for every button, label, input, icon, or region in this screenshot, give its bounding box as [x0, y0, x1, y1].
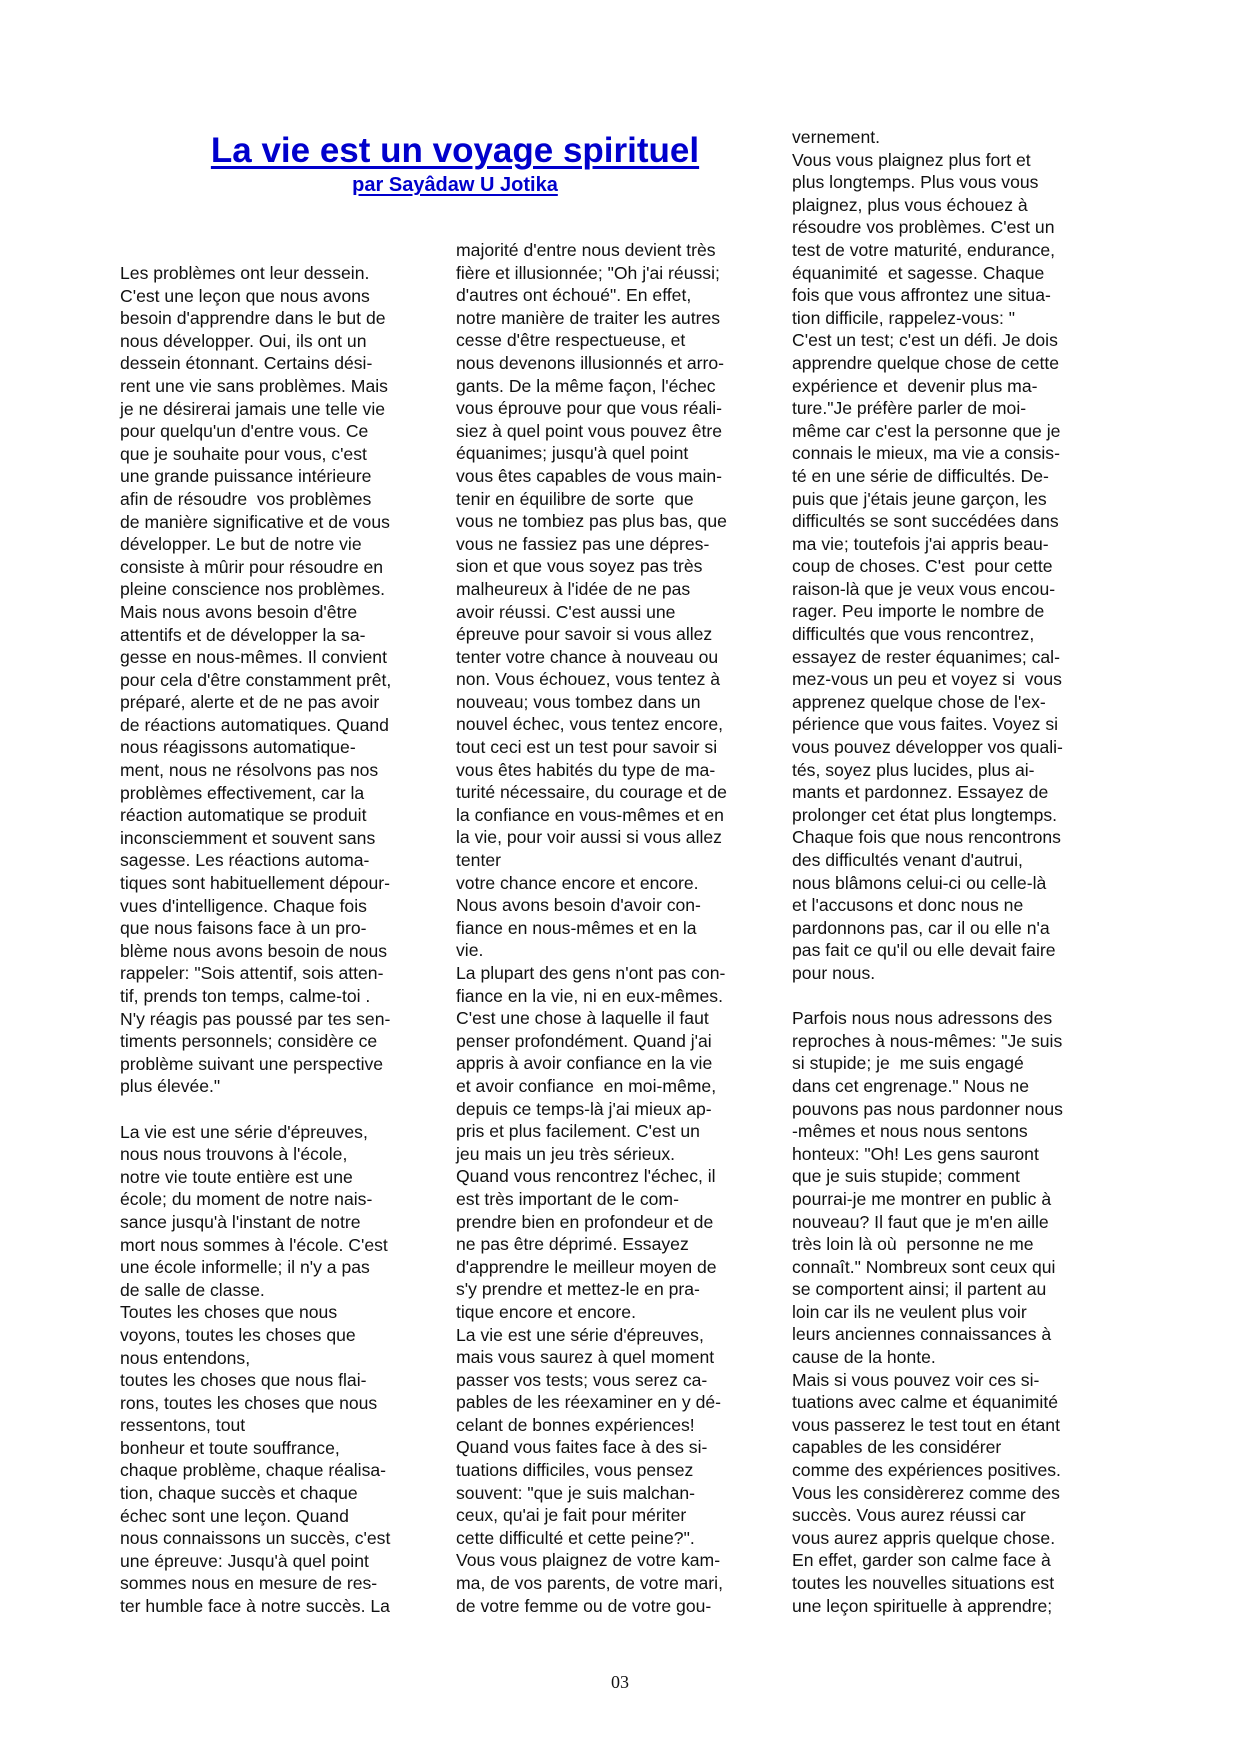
- text-line: non. Vous échouez, vous tentez à: [456, 668, 727, 691]
- text-line: tif, prends ton temps, calme-toi .: [120, 985, 391, 1008]
- text-line: dessein étonnant. Certains dési-: [120, 352, 391, 375]
- text-line: s'y prendre et mettez-le en pra-: [456, 1278, 727, 1301]
- text-line: de manière significative et de vous: [120, 511, 391, 534]
- text-line: capables de les considérer: [792, 1436, 1063, 1459]
- text-line: sommes nous en mesure de res-: [120, 1572, 391, 1595]
- text-line: ter humble face à notre succès. La: [120, 1595, 391, 1618]
- text-line: dans cet engrenage." Nous ne: [792, 1075, 1063, 1098]
- text-line: La vie est une série d'épreuves,: [120, 1121, 391, 1144]
- text-line: Mais nous avons besoin d'être: [120, 601, 391, 624]
- text-line: nouveau; vous tombez dans un: [456, 691, 727, 714]
- text-line: sance jusqu'à l'instant de notre: [120, 1211, 391, 1234]
- text-line: tion, chaque succès et chaque: [120, 1482, 391, 1505]
- text-line: que nous faisons face à un pro-: [120, 917, 391, 940]
- text-line: école; du moment de notre nais-: [120, 1188, 391, 1211]
- text-line: pardonnons pas, car il ou elle n'a: [792, 917, 1063, 940]
- text-line: Vous vous plaignez plus fort et: [792, 149, 1063, 172]
- text-line: de votre femme ou de votre gou-: [456, 1595, 727, 1618]
- text-line: Chaque fois que nous rencontrons: [792, 826, 1063, 849]
- text-line: nouveau? Il faut que je m'en aille: [792, 1211, 1063, 1234]
- text-line: tion difficile, rappelez-vous: ": [792, 307, 1063, 330]
- text-line: penser profondément. Quand j'ai: [456, 1030, 727, 1053]
- text-line: La vie est une série d'épreuves,: [456, 1324, 727, 1347]
- article-header: La vie est un voyage spirituel par Sayâd…: [120, 130, 790, 198]
- text-line: Quand vous rencontrez l'échec, il: [456, 1165, 727, 1188]
- text-line: reproches à nous-mêmes: "Je suis: [792, 1030, 1063, 1053]
- text-line: succès. Vous aurez réussi car: [792, 1504, 1063, 1527]
- text-line: préparé, alerte et de ne pas avoir: [120, 691, 391, 714]
- text-line: rons, toutes les choses que nous: [120, 1392, 391, 1415]
- text-line: expérience et devenir plus ma-: [792, 375, 1063, 398]
- text-line: connais le mieux, ma vie a consis-: [792, 442, 1063, 465]
- text-line: pour nous.: [792, 962, 1063, 985]
- text-line: nouvel échec, vous tentez encore,: [456, 713, 727, 736]
- text-line: se comportent ainsi; il partent au: [792, 1278, 1063, 1301]
- text-line: puis que j'étais jeune garçon, les: [792, 488, 1063, 511]
- text-line: celant de bonnes expériences!: [456, 1414, 727, 1437]
- text-line: de réactions automatiques. Quand: [120, 714, 391, 737]
- text-line: vous ne tombiez pas plus bas, que: [456, 510, 727, 533]
- text-line: apprenez quelque chose de l'ex-: [792, 691, 1063, 714]
- text-line: ture."Je préfère parler de moi-: [792, 397, 1063, 420]
- text-line: pables de les réexaminer en y dé-: [456, 1391, 727, 1414]
- text-line: malheureux à l'idée de ne pas: [456, 578, 727, 601]
- text-line: tenter: [456, 849, 727, 872]
- text-line: depuis ce temps-là j'ai mieux ap-: [456, 1098, 727, 1121]
- text-line: prendre bien en profondeur et de: [456, 1211, 727, 1234]
- text-line: tenter votre chance à nouveau ou: [456, 646, 727, 669]
- text-line: sagesse. Les réactions automa-: [120, 849, 391, 872]
- text-line: vous êtes capables de vous main-: [456, 465, 727, 488]
- text-line: toutes les choses que nous flai-: [120, 1369, 391, 1392]
- text-line: Quand vous faites face à des si-: [456, 1436, 727, 1459]
- text-line: sion et que vous soyez pas très: [456, 555, 727, 578]
- text-line: notre vie toute entière est une: [120, 1166, 391, 1189]
- text-line: turité nécessaire, du courage et de: [456, 781, 727, 804]
- text-line: mort nous sommes à l'école. C'est: [120, 1234, 391, 1257]
- text-line: Mais si vous pouvez voir ces si-: [792, 1369, 1063, 1392]
- text-line: tés, soyez plus lucides, plus ai-: [792, 759, 1063, 782]
- text-line: plus élevée.": [120, 1075, 391, 1098]
- text-line: cette difficulté et cette peine?".: [456, 1527, 727, 1550]
- text-line: pris et plus facilement. C'est un: [456, 1120, 727, 1143]
- text-line: je ne désirerai jamais une telle vie: [120, 398, 391, 421]
- text-line: développer. Le but de notre vie: [120, 533, 391, 556]
- text-column-2: majorité d'entre nous devient trèsfière …: [456, 239, 727, 1617]
- text-line: attentifs et de développer la sa-: [120, 624, 391, 647]
- text-line: N'y réagis pas poussé par tes sen-: [120, 1008, 391, 1031]
- text-line: problèmes effectivement, car la: [120, 782, 391, 805]
- text-line: une école informelle; il n'y a pas: [120, 1256, 391, 1279]
- text-line: loin car ils ne veulent plus voir: [792, 1301, 1063, 1324]
- text-line: apprendre quelque chose de cette: [792, 352, 1063, 375]
- text-line: besoin d'apprendre dans le but de: [120, 307, 391, 330]
- article-title: La vie est un voyage spirituel: [211, 130, 699, 172]
- text-line: connaît." Nombreux sont ceux qui: [792, 1256, 1063, 1279]
- text-line: réaction automatique se produit: [120, 804, 391, 827]
- text-line: La plupart des gens n'ont pas con-: [456, 962, 727, 985]
- text-line: tout ceci est un test pour savoir si: [456, 736, 727, 759]
- text-line: ne pas être déprimé. Essayez: [456, 1233, 727, 1256]
- text-line: [792, 985, 1063, 1008]
- text-line: Toutes les choses que nous: [120, 1301, 391, 1324]
- text-line: majorité d'entre nous devient très: [456, 239, 727, 262]
- text-line: cause de la honte.: [792, 1346, 1063, 1369]
- text-line: de salle de classe.: [120, 1279, 391, 1302]
- text-line: d'apprendre le meilleur moyen de: [456, 1256, 727, 1279]
- text-line: pouvons pas nous pardonner nous: [792, 1098, 1063, 1121]
- text-line: vous êtes habités du type de ma-: [456, 759, 727, 782]
- text-line: même car c'est la personne que je: [792, 420, 1063, 443]
- text-line: difficultés que vous rencontrez,: [792, 623, 1063, 646]
- text-line: leurs anciennes connaissances à: [792, 1323, 1063, 1346]
- text-line: vous ne fassiez pas une dépres-: [456, 533, 727, 556]
- text-line: ment, nous ne résolvons pas nos: [120, 759, 391, 782]
- text-line: difficultés se sont succédées dans: [792, 510, 1063, 533]
- text-line: nous blâmons celui-ci ou celle-là: [792, 872, 1063, 895]
- text-line: timents personnels; considère ce: [120, 1030, 391, 1053]
- text-line: Nous avons besoin d'avoir con-: [456, 894, 727, 917]
- text-line: passer vos tests; vous serez ca-: [456, 1369, 727, 1392]
- text-line: résoudre vos problèmes. C'est un: [792, 216, 1063, 239]
- text-line: est très important de le com-: [456, 1188, 727, 1211]
- text-line: vous pouvez développer vos quali-: [792, 736, 1063, 759]
- text-line: inconsciemment et souvent sans: [120, 827, 391, 850]
- text-column-3: vernement.Vous vous plaignez plus fort e…: [792, 126, 1063, 1617]
- text-line: la vie, pour voir aussi si vous allez: [456, 826, 727, 849]
- text-line: épreuve pour savoir si vous allez: [456, 623, 727, 646]
- text-line: nous devenons illusionnés et arro-: [456, 352, 727, 375]
- text-line: siez à quel point vous pouvez être: [456, 420, 727, 443]
- text-line: fiance en la vie, ni en eux-mêmes.: [456, 985, 727, 1008]
- text-line: vous éprouve pour que vous réali-: [456, 397, 727, 420]
- text-line: toutes les nouvelles situations est: [792, 1572, 1063, 1595]
- text-line: nous réagissons automatique-: [120, 736, 391, 759]
- text-line: vernement.: [792, 126, 1063, 149]
- text-line: -mêmes et nous nous sentons: [792, 1120, 1063, 1143]
- text-line: ressentons, tout: [120, 1414, 391, 1437]
- text-line: ma, de vos parents, de votre mari,: [456, 1572, 727, 1595]
- text-line: C'est une chose à laquelle il faut: [456, 1007, 727, 1030]
- text-line: vous passerez le test tout en étant: [792, 1414, 1063, 1437]
- text-line: des difficultés venant d'autrui,: [792, 849, 1063, 872]
- text-line: souvent: "que je suis malchan-: [456, 1482, 727, 1505]
- text-line: notre manière de traiter les autres: [456, 307, 727, 330]
- text-line: mais vous saurez à quel moment: [456, 1346, 727, 1369]
- text-line: tiques sont habituellement dépour-: [120, 872, 391, 895]
- text-line: plaignez, plus vous échouez à: [792, 194, 1063, 217]
- text-line: mez-vous un peu et voyez si vous: [792, 668, 1063, 691]
- text-line: si stupide; je me suis engagé: [792, 1052, 1063, 1075]
- text-line: ceux, qu'ai je fait pour mériter: [456, 1504, 727, 1527]
- text-line: Vous vous plaignez de votre kam-: [456, 1549, 727, 1572]
- text-line: coup de choses. C'est pour cette: [792, 555, 1063, 578]
- text-line: [120, 1098, 391, 1121]
- text-line: et avoir confiance en moi-même,: [456, 1075, 727, 1098]
- text-line: fière et illusionnée; "Oh j'ai réussi;: [456, 262, 727, 285]
- text-column-1: Les problèmes ont leur dessein.C'est une…: [120, 262, 391, 1618]
- text-line: consiste à mûrir pour résoudre en: [120, 556, 391, 579]
- text-line: rappeler: "Sois attentif, sois atten-: [120, 962, 391, 985]
- text-line: Parfois nous nous adressons des: [792, 1007, 1063, 1030]
- text-line: tenir en équilibre de sorte que: [456, 488, 727, 511]
- text-line: avoir réussi. C'est aussi une: [456, 601, 727, 624]
- text-line: chaque problème, chaque réalisa-: [120, 1459, 391, 1482]
- text-line: que je souhaite pour vous, c'est: [120, 443, 391, 466]
- text-line: Vous les considèrerez comme des: [792, 1482, 1063, 1505]
- text-line: une leçon spirituelle à apprendre;: [792, 1595, 1063, 1618]
- text-line: C'est une leçon que nous avons: [120, 285, 391, 308]
- text-line: comme des expériences positives.: [792, 1459, 1063, 1482]
- text-line: fois que vous affrontez une situa-: [792, 284, 1063, 307]
- text-line: nous entendons,: [120, 1347, 391, 1370]
- article-author: par Sayâdaw U Jotika: [352, 172, 558, 198]
- page-number: 03: [0, 1672, 1240, 1693]
- text-line: équanimes; jusqu'à quel point: [456, 442, 727, 465]
- text-line: la confiance en vous-mêmes et en: [456, 804, 727, 827]
- text-line: essayez de rester équanimes; cal-: [792, 646, 1063, 669]
- text-line: périence que vous faites. Voyez si: [792, 713, 1063, 736]
- text-line: pourrai-je me montrer en public à: [792, 1188, 1063, 1211]
- text-line: nous développer. Oui, ils ont un: [120, 330, 391, 353]
- text-line: nous connaissons un succès, c'est: [120, 1527, 391, 1550]
- text-line: gants. De la même façon, l'échec: [456, 375, 727, 398]
- text-line: raison-là que je veux vous encou-: [792, 578, 1063, 601]
- text-line: d'autres ont échoué". En effet,: [456, 284, 727, 307]
- text-line: prolonger cet état plus longtemps.: [792, 804, 1063, 827]
- text-line: problème suivant une perspective: [120, 1053, 391, 1076]
- text-line: jeu mais un jeu très sérieux.: [456, 1143, 727, 1166]
- text-line: blème nous avons besoin de nous: [120, 940, 391, 963]
- text-line: vie.: [456, 939, 727, 962]
- text-line: pleine conscience nos problèmes.: [120, 578, 391, 601]
- text-line: fiance en nous-mêmes et en la: [456, 917, 727, 940]
- text-line: pour cela d'être constamment prêt,: [120, 669, 391, 692]
- text-line: cesse d'être respectueuse, et: [456, 329, 727, 352]
- text-line: Les problèmes ont leur dessein.: [120, 262, 391, 285]
- text-line: plus longtemps. Plus vous vous: [792, 171, 1063, 194]
- text-line: afin de résoudre vos problèmes: [120, 488, 391, 511]
- text-line: appris à avoir confiance en la vie: [456, 1052, 727, 1075]
- text-line: tuations avec calme et équanimité: [792, 1391, 1063, 1414]
- text-line: gesse en nous-mêmes. Il convient: [120, 646, 391, 669]
- text-line: mants et pardonnez. Essayez de: [792, 781, 1063, 804]
- text-line: pour quelqu'un d'entre vous. Ce: [120, 420, 391, 443]
- text-line: équanimité et sagesse. Chaque: [792, 262, 1063, 285]
- text-line: et l'accusons et donc nous ne: [792, 894, 1063, 917]
- text-line: té en une série de difficultés. De-: [792, 465, 1063, 488]
- text-line: test de votre maturité, endurance,: [792, 239, 1063, 262]
- text-line: tique encore et encore.: [456, 1301, 727, 1324]
- text-line: vous aurez appris quelque chose.: [792, 1527, 1063, 1550]
- text-line: honteux: "Oh! Les gens sauront: [792, 1143, 1063, 1166]
- text-line: une grande puissance intérieure: [120, 465, 391, 488]
- text-line: ma vie; toutefois j'ai appris beau-: [792, 533, 1063, 556]
- text-line: rent une vie sans problèmes. Mais: [120, 375, 391, 398]
- text-line: nous nous trouvons à l'école,: [120, 1143, 391, 1166]
- text-line: voyons, toutes les choses que: [120, 1324, 391, 1347]
- text-line: En effet, garder son calme face à: [792, 1549, 1063, 1572]
- text-line: bonheur et toute souffrance,: [120, 1437, 391, 1460]
- text-line: vues d'intelligence. Chaque fois: [120, 895, 391, 918]
- text-line: que je suis stupide; comment: [792, 1165, 1063, 1188]
- text-line: tuations difficiles, vous pensez: [456, 1459, 727, 1482]
- text-line: rager. Peu importe le nombre de: [792, 600, 1063, 623]
- text-line: C'est un test; c'est un défi. Je dois: [792, 329, 1063, 352]
- text-line: pas fait ce qu'il ou elle devait faire: [792, 939, 1063, 962]
- text-line: une épreuve: Jusqu'à quel point: [120, 1550, 391, 1573]
- text-line: votre chance encore et encore.: [456, 872, 727, 895]
- text-line: échec sont une leçon. Quand: [120, 1505, 391, 1528]
- text-line: très loin là où personne ne me: [792, 1233, 1063, 1256]
